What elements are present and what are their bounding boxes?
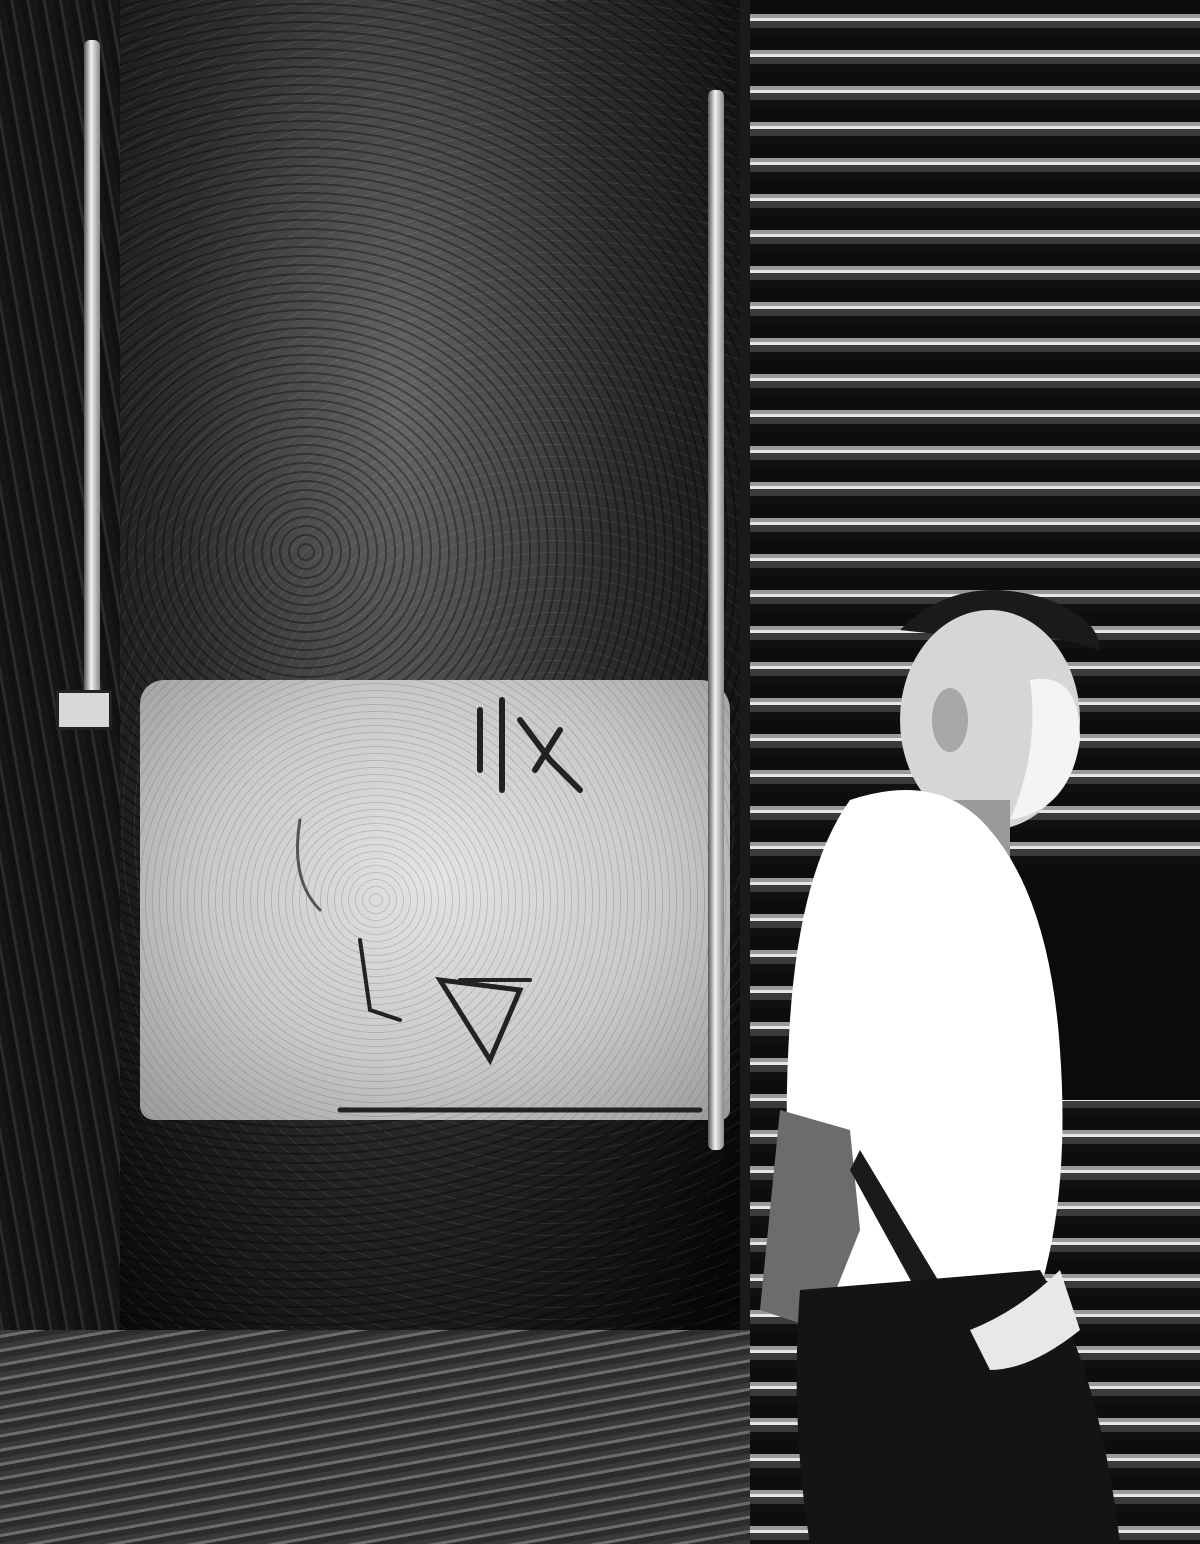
right-pipe bbox=[708, 90, 724, 1150]
left-pipe bbox=[84, 40, 100, 720]
walking-person bbox=[740, 570, 1200, 1544]
graffiti-marks bbox=[140, 680, 730, 1120]
junction-box bbox=[56, 690, 112, 730]
stone-base bbox=[0, 1330, 820, 1544]
sketch-photo-scene bbox=[0, 0, 1200, 1544]
